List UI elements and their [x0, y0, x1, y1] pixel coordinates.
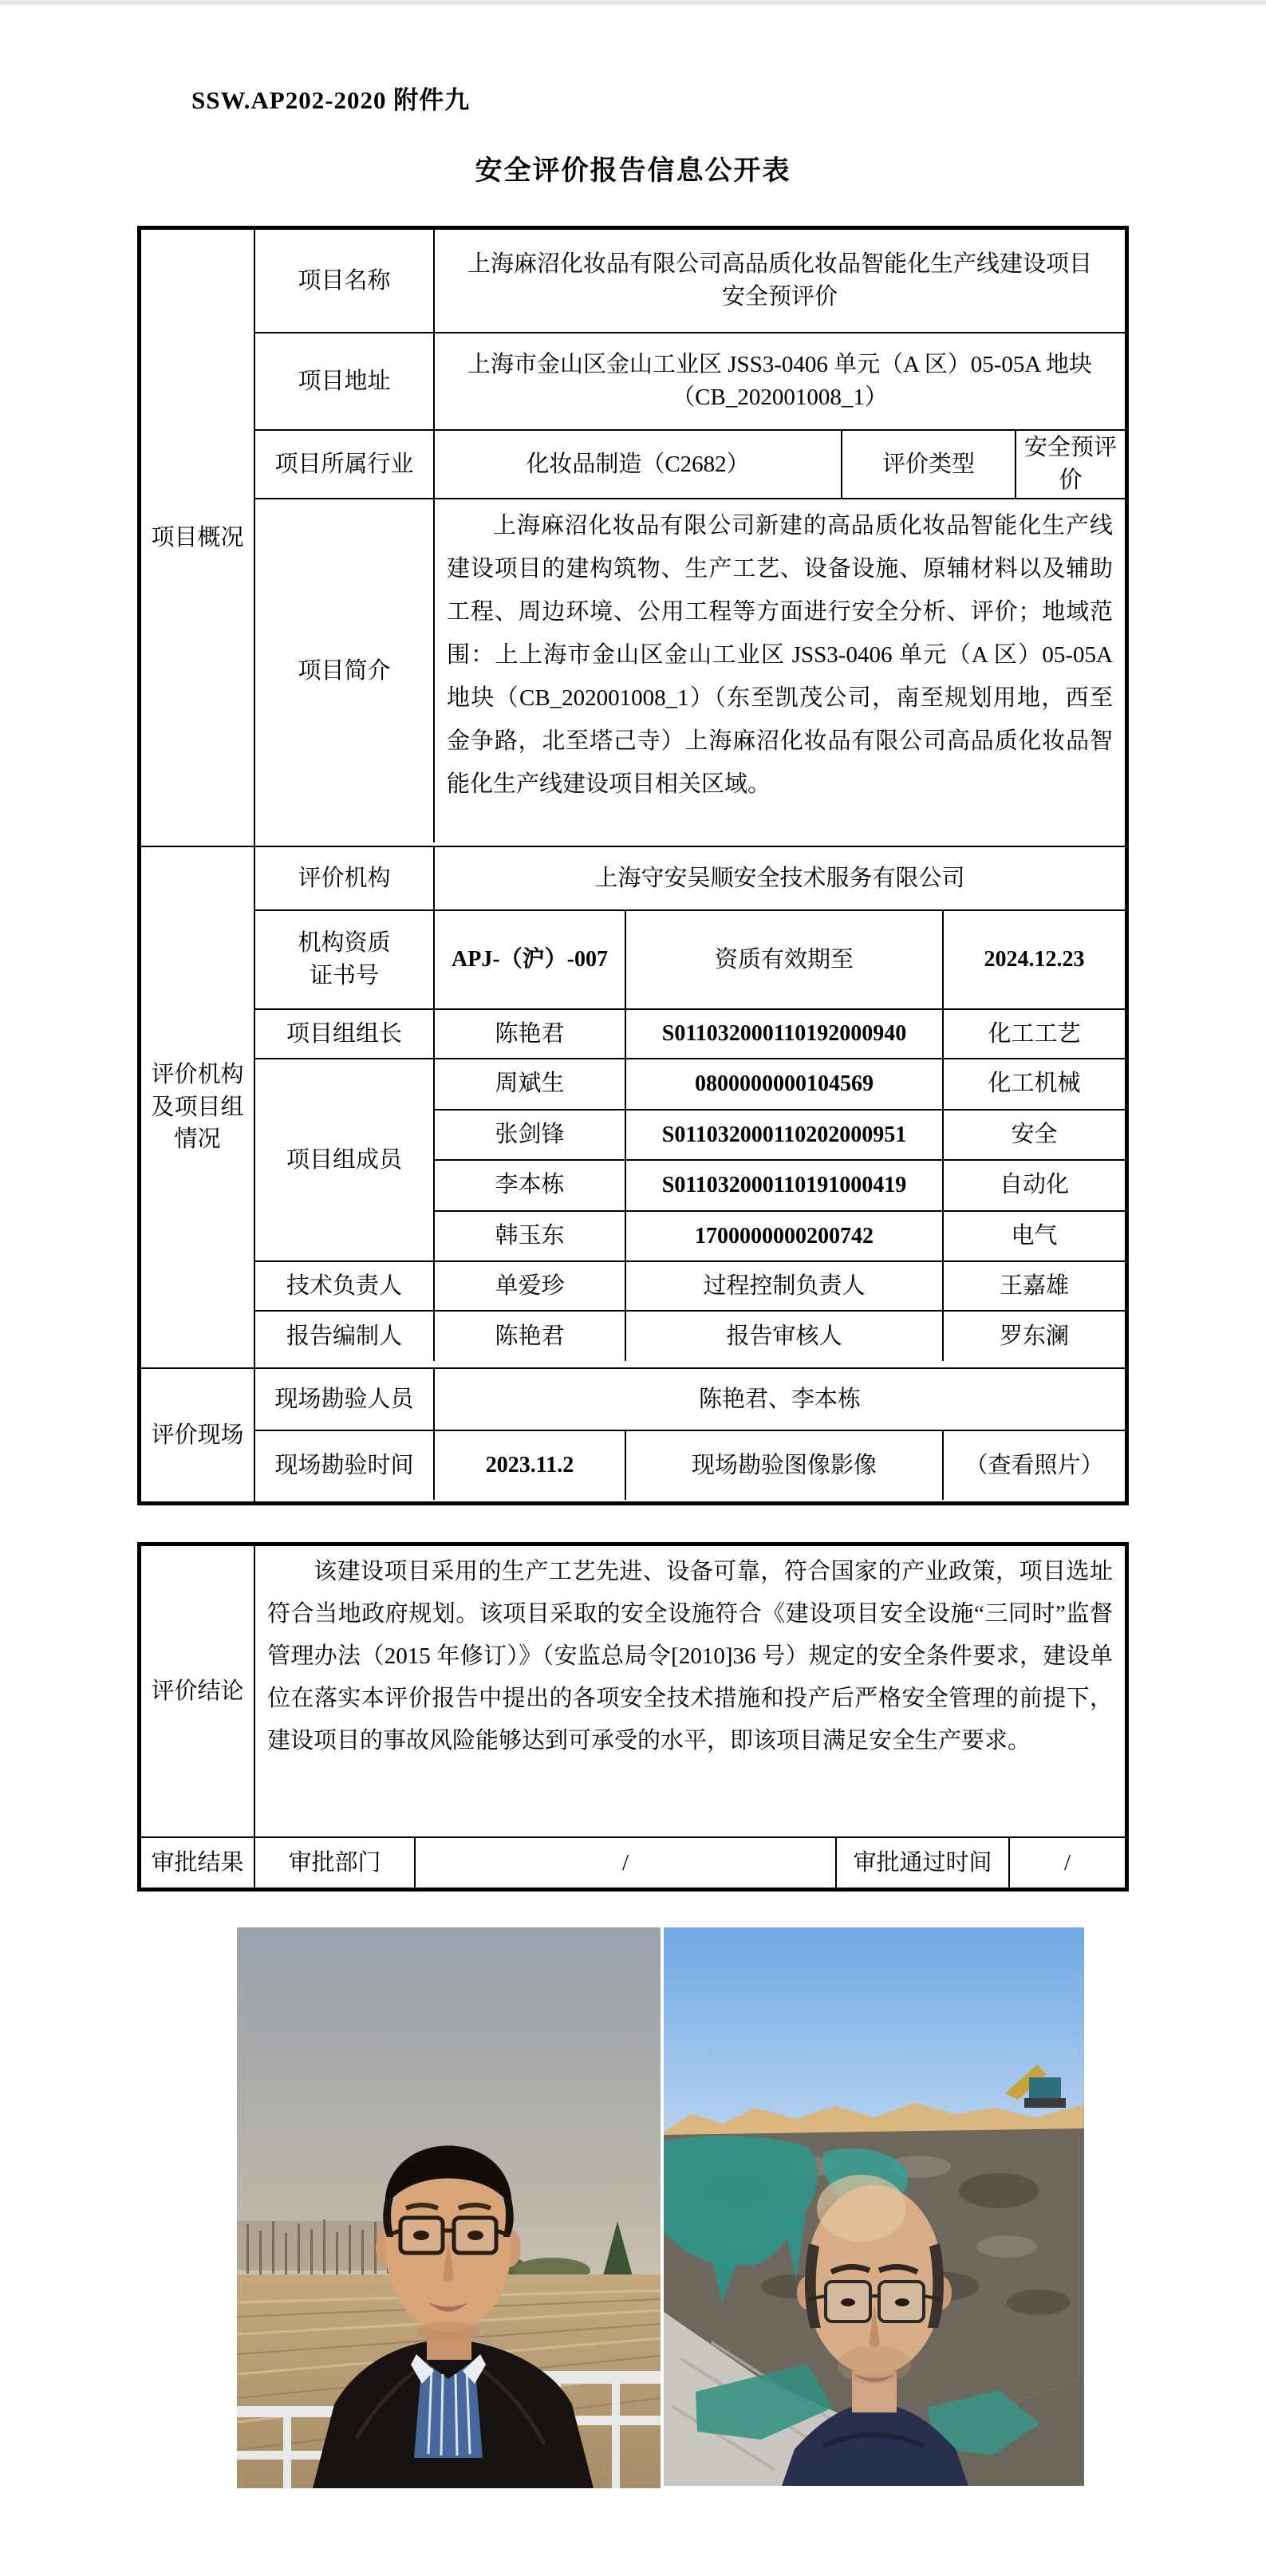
member-row: 周斌生 0800000000104569 化工机械: [435, 1059, 1125, 1110]
page-title: 安全评价报告信息公开表: [0, 148, 1266, 187]
label-team-members: 项目组成员: [255, 1059, 435, 1260]
value-project-name: 上海麻沼化妆品有限公司高品质化妆品智能化生产线建设项目 安全预评价: [435, 230, 1125, 332]
member-cert-number: 1700000000200742: [626, 1212, 944, 1261]
site-photo-mound-selfie: [664, 1927, 1084, 2486]
tech-lead-name: 单爱珍: [435, 1262, 626, 1310]
site-photos: [237, 1927, 1084, 2488]
member-specialty: 自动化: [944, 1161, 1125, 1210]
member-cert-number: S011032000110202000951: [626, 1110, 944, 1160]
member-name: 张剑锋: [435, 1110, 626, 1160]
member-specialty: 电气: [944, 1212, 1125, 1261]
label-approval-dept: 审批部门: [255, 1838, 416, 1888]
label-survey-time: 现场勘验时间: [255, 1431, 435, 1500]
label-industry: 项目所属行业: [255, 431, 435, 498]
member-name: 周斌生: [435, 1059, 626, 1109]
row-survey-time: 现场勘验时间 2023.11.2 现场勘验图像影像 （查看照片）: [255, 1431, 1125, 1500]
section-site-survey: 评价现场 现场勘验人员 陈艳君、李本栋 现场勘验时间 2023.11.2 现场勘…: [141, 1369, 1125, 1501]
row-project-summary: 项目简介 上海麻沼化妆品有限公司新建的高品质化妆品智能化生产线建设项目的建构筑物…: [255, 499, 1125, 842]
value-project-address: 上海市金山区金山工业区 JSS3-0406 单元（A 区）05-05A 地块 （…: [435, 333, 1125, 429]
label-report-reviewer: 报告审核人: [626, 1312, 944, 1361]
member-cert-number: S011032000110191000419: [626, 1161, 944, 1210]
label-agency-cert: 机构资质 证书号: [255, 911, 435, 1008]
row-team-leader: 项目组组长 陈艳君 S011032000110192000940 化工工艺: [255, 1010, 1125, 1059]
leader-cert-number: S011032000110192000940: [626, 1010, 944, 1058]
value-industry: 化妆品制造（C2682）: [435, 431, 842, 498]
process-control-name: 王嘉雄: [944, 1262, 1125, 1310]
value-approval-dept: /: [416, 1838, 837, 1888]
group-label-approval: 审批结果: [141, 1838, 255, 1888]
label-approval-time: 审批通过时间: [837, 1838, 1010, 1888]
row-approval: 审批结果 审批部门 / 审批通过时间 /: [141, 1838, 1125, 1888]
label-cert-validity: 资质有效期至: [626, 911, 944, 1008]
row-project-address: 项目地址 上海市金山区金山工业区 JSS3-0406 单元（A 区）05-05A…: [255, 333, 1125, 431]
value-project-summary: 上海麻沼化妆品有限公司新建的高品质化妆品智能化生产线建设项目的建构筑物、生产工艺…: [435, 499, 1125, 842]
label-eval-type: 评价类型: [842, 431, 1016, 498]
view-photos-link[interactable]: （查看照片）: [944, 1431, 1125, 1500]
label-agency: 评价机构: [255, 847, 435, 909]
member-row: 李本栋 S011032000110191000419 自动化: [435, 1161, 1125, 1212]
page-top-edge: [0, 0, 1266, 5]
member-cert-number: 0800000000104569: [626, 1059, 944, 1109]
label-process-control: 过程控制负责人: [626, 1262, 944, 1310]
label-project-name: 项目名称: [255, 230, 435, 332]
section-agency-team: 评价机构 及项目组 情况 评价机构 上海守安吴顺安全技术服务有限公司 机构资质 …: [141, 847, 1125, 1369]
member-name: 李本栋: [435, 1161, 626, 1210]
value-approval-time: /: [1010, 1838, 1125, 1888]
section-project-overview: 项目概况 项目名称 上海麻沼化妆品有限公司高品质化妆品智能化生产线建设项目 安全…: [141, 230, 1125, 847]
group-label-site-survey: 评价现场: [141, 1369, 255, 1501]
label-team-leader: 项目组组长: [255, 1010, 435, 1058]
member-specialty: 安全: [944, 1110, 1125, 1160]
value-cert-validity: 2024.12.23: [944, 911, 1125, 1008]
leader-name: 陈艳君: [435, 1010, 626, 1058]
member-row: 韩玉东 1700000000200742 电气: [435, 1212, 1125, 1261]
leader-specialty: 化工工艺: [944, 1010, 1125, 1058]
value-agency: 上海守安吴顺安全技术服务有限公司: [435, 847, 1125, 909]
site-photo-field-selfie: [237, 1927, 661, 2488]
row-report-writer: 报告编制人 陈艳君 报告审核人 罗东澜: [255, 1312, 1125, 1361]
value-survey-personnel: 陈艳君、李本栋: [435, 1369, 1125, 1430]
member-name: 韩玉东: [435, 1212, 626, 1261]
label-project-summary: 项目简介: [255, 499, 435, 842]
row-team-members: 项目组成员 周斌生 0800000000104569 化工机械 张剑锋 S011…: [255, 1059, 1125, 1262]
member-row: 张剑锋 S011032000110202000951 安全: [435, 1110, 1125, 1162]
row-industry: 项目所属行业 化妆品制造（C2682） 评价类型 安全预评价: [255, 431, 1125, 499]
row-survey-personnel: 现场勘验人员 陈艳君、李本栋: [255, 1369, 1125, 1431]
member-specialty: 化工机械: [944, 1059, 1125, 1109]
row-agency: 评价机构 上海守安吴顺安全技术服务有限公司: [255, 847, 1125, 911]
doc-code: SSW.AP202-2020 附件九: [191, 80, 470, 116]
row-conclusion: 评价结论 该建设项目采用的生产工艺先进、设备可靠，符合国家的产业政策，项目选址符…: [141, 1546, 1125, 1838]
report-writer-name: 陈艳君: [435, 1312, 626, 1361]
value-conclusion: 该建设项目采用的生产工艺先进、设备可靠，符合国家的产业政策，项目选址符合当地政府…: [255, 1546, 1125, 1836]
label-conclusion: 评价结论: [141, 1546, 255, 1836]
label-tech-lead: 技术负责人: [255, 1262, 435, 1310]
report-reviewer-name: 罗东澜: [944, 1312, 1125, 1361]
row-tech-lead: 技术负责人 单爱珍 过程控制负责人 王嘉雄: [255, 1262, 1125, 1312]
document-page: SSW.AP202-2020 附件九 安全评价报告信息公开表 项目概况 项目名称…: [0, 0, 1266, 2576]
row-project-name: 项目名称 上海麻沼化妆品有限公司高品质化妆品智能化生产线建设项目 安全预评价: [255, 230, 1125, 333]
label-report-writer: 报告编制人: [255, 1312, 435, 1361]
row-agency-cert: 机构资质 证书号 APJ-（沪）-007 资质有效期至 2024.12.23: [255, 911, 1125, 1010]
value-agency-cert: APJ-（沪）-007: [435, 911, 626, 1008]
group-label-project-overview: 项目概况: [141, 230, 255, 846]
label-project-address: 项目地址: [255, 333, 435, 429]
project-info-table: 项目概况 项目名称 上海麻沼化妆品有限公司高品质化妆品智能化生产线建设项目 安全…: [137, 226, 1129, 1505]
value-survey-time: 2023.11.2: [435, 1431, 626, 1500]
group-label-agency-team: 评价机构 及项目组 情况: [141, 847, 255, 1367]
value-eval-type: 安全预评价: [1016, 431, 1125, 498]
label-survey-personnel: 现场勘验人员: [255, 1369, 435, 1430]
conclusion-approval-table: 评价结论 该建设项目采用的生产工艺先进、设备可靠，符合国家的产业政策，项目选址符…: [137, 1542, 1129, 1892]
label-survey-media: 现场勘验图像影像: [626, 1431, 944, 1500]
